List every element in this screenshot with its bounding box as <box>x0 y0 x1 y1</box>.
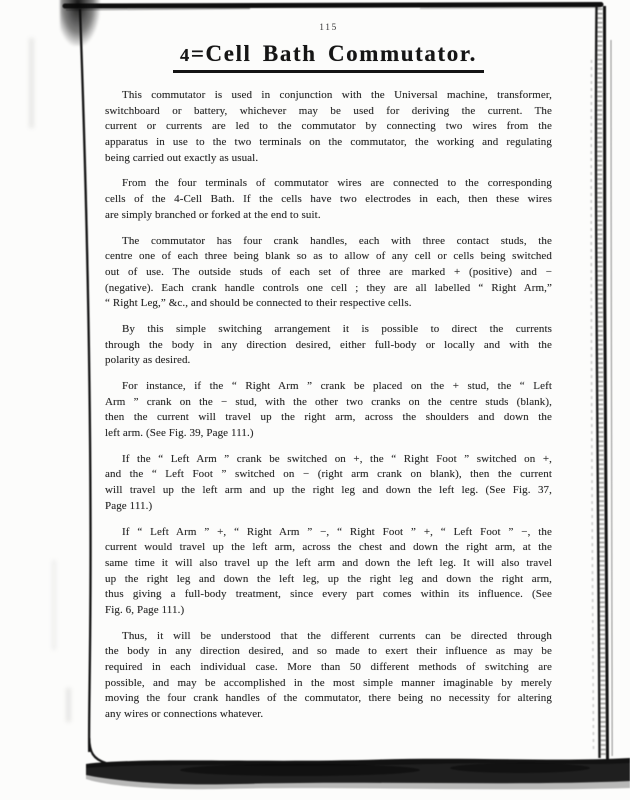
text-line: This commutator is used in conjunction w… <box>105 88 552 104</box>
page-content: 115 4=Cell Bath Commutator. This commuta… <box>105 22 552 733</box>
text-line: Page 111.) <box>105 499 552 515</box>
text-line: left arm. (See Fig. 39, Page 111.) <box>105 426 552 442</box>
scanned-page: 115 4=Cell Bath Commutator. This commuta… <box>0 0 630 800</box>
text-line: current would travel up the left arm, ac… <box>105 540 552 556</box>
paragraph: Thus, it will be understood that the dif… <box>105 629 552 723</box>
text-line: thus giving a full-body treatment, since… <box>105 587 552 603</box>
text-line: any wires or connections whatever. <box>105 707 552 723</box>
text-line: polarity as desired. <box>105 353 552 369</box>
scan-artifact <box>52 560 56 650</box>
text-line: and the “ Left Foot ” switched on − (rig… <box>105 467 552 483</box>
text-line: centre one of each three being blank so … <box>105 249 552 265</box>
top-edge-line <box>65 5 601 7</box>
text-line: For instance, if the “ Right Arm ” crank… <box>105 379 552 395</box>
text-line: The commutator has four crank handles, e… <box>105 234 552 250</box>
bottom-edge-smudge <box>86 758 630 784</box>
text-line: current or currents are led to the commu… <box>105 119 552 135</box>
scan-artifact <box>29 38 34 128</box>
text-line: (negative). Each crank handle controls o… <box>105 281 552 297</box>
page-title: 4=Cell Bath Commutator. <box>173 41 484 73</box>
text-line: are simply branched or forked at the end… <box>105 208 552 224</box>
text-line: the body in any direction desired, and s… <box>105 644 552 660</box>
text-line: If the “ Left Arm ” crank be switched on… <box>105 452 552 468</box>
text-line: Fig. 6, Page 111.) <box>105 603 552 619</box>
text-line: If “ Left Arm ” +, “ Right Arm ” −, “ Ri… <box>105 525 552 541</box>
text-line: From the four terminals of commutator wi… <box>105 176 552 192</box>
text-line: moving the four crank handles of the com… <box>105 691 552 707</box>
scan-artifact <box>66 688 71 722</box>
text-line: out of use. The outside studs of each se… <box>105 265 552 281</box>
paragraph: If “ Left Arm ” +, “ Right Arm ” −, “ Ri… <box>105 525 552 619</box>
text-block: This commutator is used in conjunction w… <box>105 88 552 723</box>
title-wrap: 4=Cell Bath Commutator. <box>105 41 552 73</box>
paragraph: If the “ Left Arm ” crank be switched on… <box>105 452 552 515</box>
paragraph: From the four terminals of commutator wi… <box>105 176 552 223</box>
page-number: 115 <box>105 22 552 34</box>
text-line: up the right leg and down the left leg, … <box>105 572 552 588</box>
left-edge-line <box>80 9 91 752</box>
text-line: Thus, it will be understood that the dif… <box>105 629 552 645</box>
paragraph: The commutator has four crank handles, e… <box>105 234 552 312</box>
text-line: switchboard or battery, whichever may be… <box>105 104 552 120</box>
text-line: then the current will travel up the righ… <box>105 410 552 426</box>
text-line: Arm ” crank on the − stud, with the othe… <box>105 395 552 411</box>
text-line: possible, and may be accomplished in the… <box>105 676 552 692</box>
paragraph: By this simple switching arrangement it … <box>105 322 552 369</box>
paragraph: For instance, if the “ Right Arm ” crank… <box>105 379 552 442</box>
text-line: required in each individual case. More t… <box>105 660 552 676</box>
text-line: By this simple switching arrangement it … <box>105 322 552 338</box>
paragraph: This commutator is used in conjunction w… <box>105 88 552 166</box>
text-line: same time it will also travel up the lef… <box>105 556 552 572</box>
text-line: apparatus in use to the two terminals on… <box>105 135 552 151</box>
corner-ink-blob <box>60 0 100 46</box>
text-line: “ Right Leg,” &c., and should be connect… <box>105 296 552 312</box>
text-line: being carried out exactly as usual. <box>105 151 552 167</box>
text-line: will travel up the left arm and up the r… <box>105 483 552 499</box>
text-line: cells of the 4-Cell Bath. If the cells h… <box>105 192 552 208</box>
text-line: through the body in any direction desire… <box>105 338 552 354</box>
right-edge-band <box>596 6 600 758</box>
